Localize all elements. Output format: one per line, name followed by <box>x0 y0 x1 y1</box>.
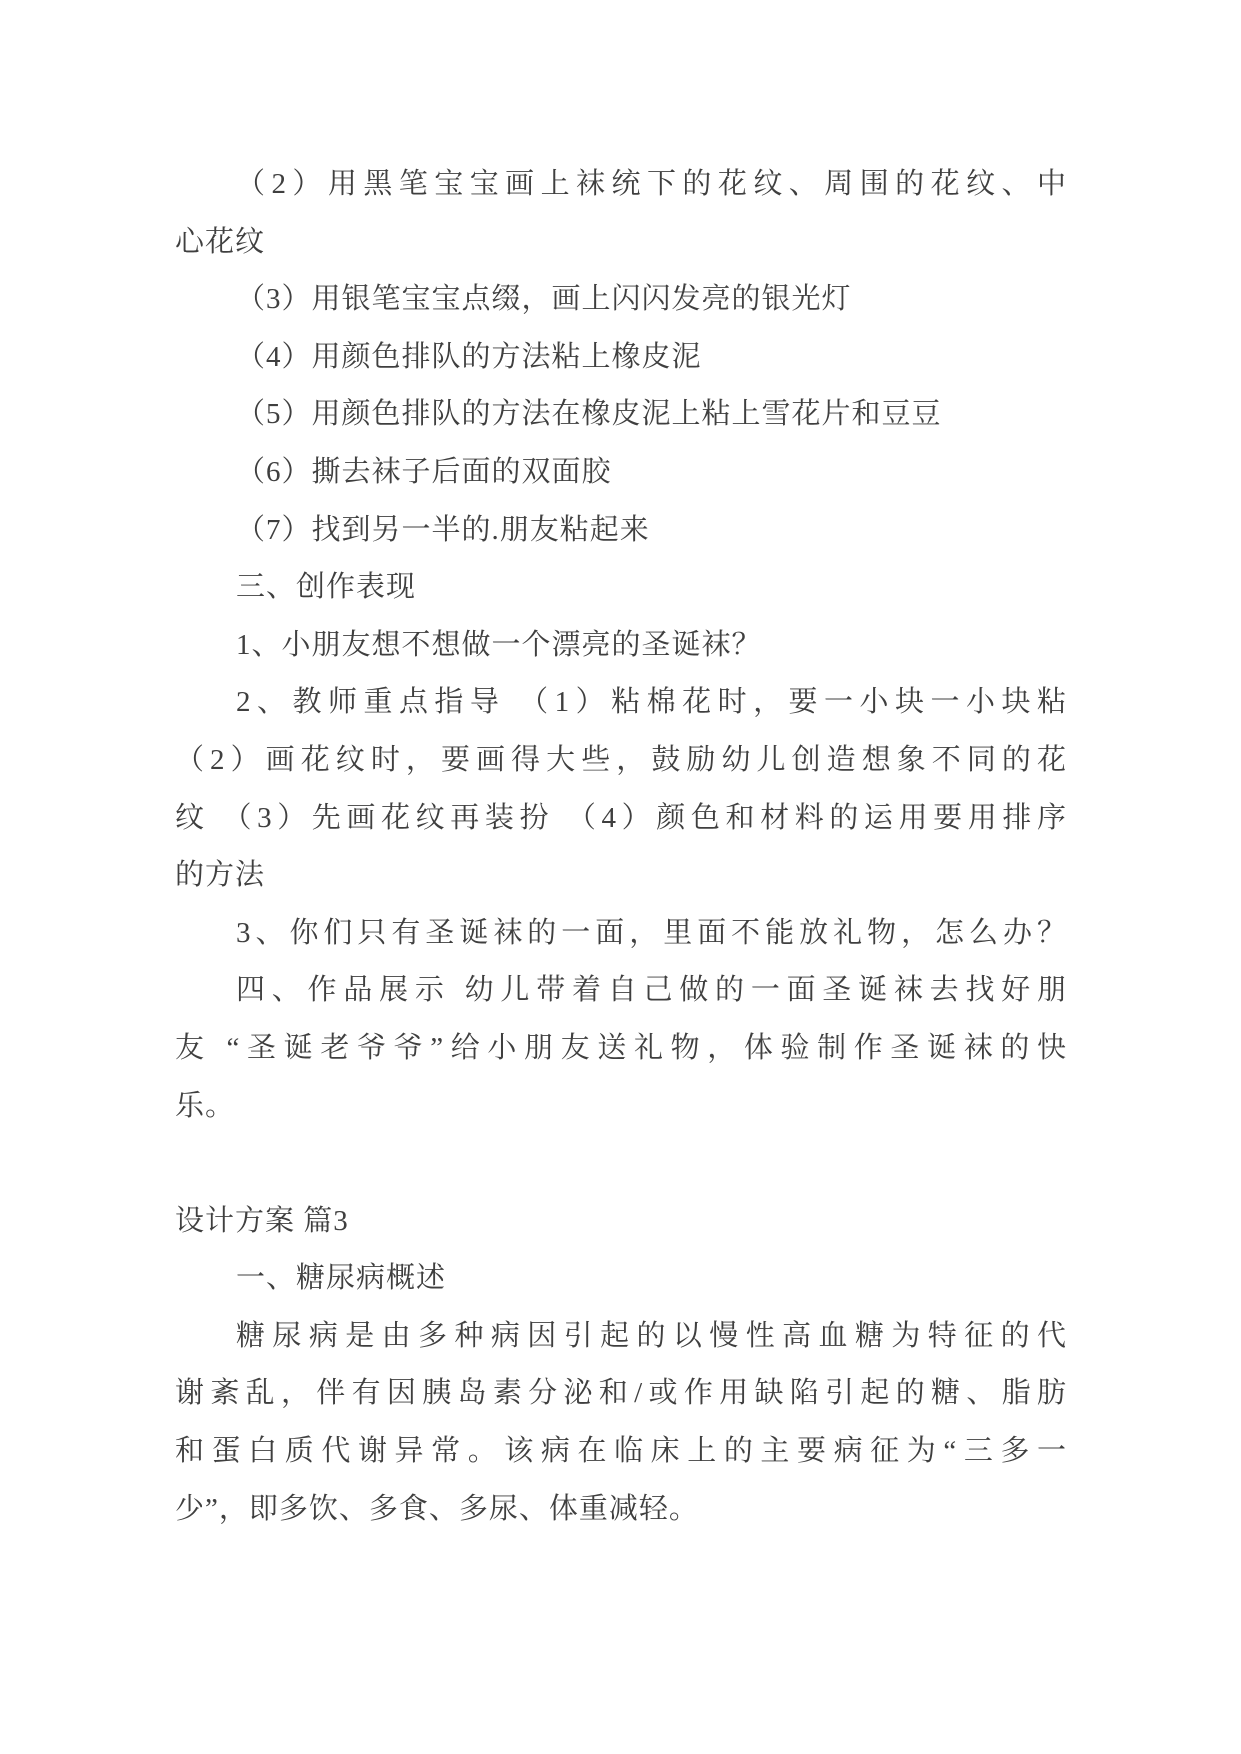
text-line: （2）用黑笔宝宝画上袜统下的花纹、周围的花纹、中 <box>175 156 1067 214</box>
text-line: 乐。 <box>175 1078 1067 1136</box>
text-line: （5）用颜色排队的方法在橡皮泥上粘上雪花片和豆豆 <box>175 386 1067 444</box>
text-line: 少”，即多饮、多食、多尿、体重减轻。 <box>175 1481 1067 1539</box>
text-line: 一、糖尿病概述 <box>175 1250 1067 1308</box>
text-line: （7）找到另一半的.朋友粘起来 <box>175 502 1067 560</box>
text-line: 的方法 <box>175 847 1067 905</box>
text-line: 三、创作表现 <box>175 559 1067 617</box>
text-line: 友 “圣诞老爷爷”给小朋友送礼物，体验制作圣诞袜的快 <box>175 1020 1067 1078</box>
text-line: 糖尿病是由多种病因引起的以慢性高血糖为特征的代 <box>175 1308 1067 1366</box>
text-line: 四、作品展示 幼儿带着自己做的一面圣诞袜去找好朋 <box>175 962 1067 1020</box>
document-content: （2）用黑笔宝宝画上袜统下的花纹、周围的花纹、中心花纹（3）用银笔宝宝点缀，画上… <box>175 156 1067 1538</box>
text-line: 和蛋白质代谢异常。该病在临床上的主要病征为“三多一 <box>175 1423 1067 1481</box>
text-line: 3、你们只有圣诞袜的一面，里面不能放礼物，怎么办？ <box>175 905 1067 963</box>
text-line: （6）撕去袜子后面的双面胶 <box>175 444 1067 502</box>
text-line: 谢紊乱，伴有因胰岛素分泌和/或作用缺陷引起的糖、脂肪 <box>175 1365 1067 1423</box>
document-page: （2）用黑笔宝宝画上袜统下的花纹、周围的花纹、中心花纹（3）用银笔宝宝点缀，画上… <box>0 0 1241 1754</box>
text-line: （4）用颜色排队的方法粘上橡皮泥 <box>175 329 1067 387</box>
text-line: （2）画花纹时，要画得大些，鼓励幼儿创造想象不同的花 <box>175 732 1067 790</box>
text-line: 纹 （3）先画花纹再装扮 （4）颜色和材料的运用要用排序 <box>175 790 1067 848</box>
text-line <box>175 1135 1067 1193</box>
text-line: （3）用银笔宝宝点缀，画上闪闪发亮的银光灯 <box>175 271 1067 329</box>
text-line: 心花纹 <box>175 214 1067 272</box>
text-line: 2、教师重点指导 （1）粘棉花时，要一小块一小块粘 <box>175 674 1067 732</box>
text-line: 设计方案 篇3 <box>175 1193 1067 1251</box>
text-line: 1、小朋友想不想做一个漂亮的圣诞袜？ <box>175 617 1067 675</box>
